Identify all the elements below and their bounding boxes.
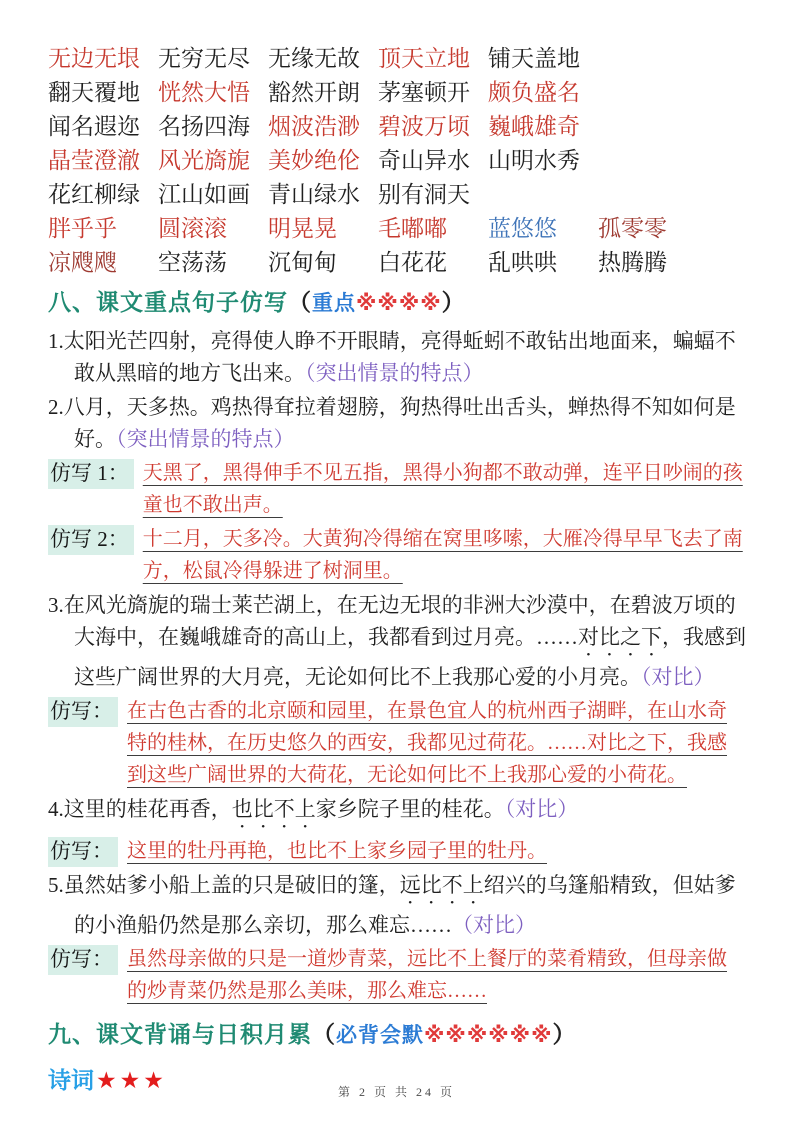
section-9-title: 九、课文背诵与日积月累 (48, 1021, 312, 1047)
tag-important: 重点 (312, 292, 356, 315)
numbered-paragraph: 2.八月，天多热。鸡热得耷拉着翅膀，狗热得吐出舌头，蝉热得不知如何是好。（突出情… (48, 391, 746, 455)
text-segment: 5.虽然姑爹小船上盖的只是破旧的篷， (48, 873, 400, 897)
idiom-row: 闻名遐迩名扬四海烟波浩渺碧波万顷巍峨雄奇 (48, 114, 746, 139)
page-number: 第 2 页 共 24 页 (0, 1083, 793, 1100)
idiom-word: 乱哄哄 (488, 250, 598, 275)
idiom-row: 翻天覆地恍然大悟豁然开朗茅塞顿开颇负盛名 (48, 80, 746, 105)
idiom-word: 顶天立地 (378, 46, 488, 71)
idiom-word: 青山绿水 (268, 182, 378, 207)
text-segment: 对比之下 (578, 625, 662, 649)
text-segment: 4.这里的桂花再香， (48, 797, 232, 821)
paren-close: ） (442, 289, 466, 315)
imitation-row: 仿写 1：天黑了，黑得伸手不见五指，黑得小狗都不敢动弹，连平日吵闹的孩童也不敢出… (48, 457, 746, 521)
imitation-label: 仿写： (48, 697, 118, 727)
idiom-row: 胖乎乎圆滚滚明晃晃毛嘟嘟蓝悠悠孤零零 (48, 216, 746, 241)
idiom-word: 烟波浩渺 (268, 114, 378, 139)
annotation-label: （突出情景的特点） (116, 427, 295, 451)
idiom-word: 无缘无故 (268, 46, 378, 71)
idiom-word: 白花花 (378, 250, 488, 275)
idiom-row: 花红柳绿江山如画青山绿水别有洞天 (48, 182, 746, 207)
idiom-word: 明晃晃 (268, 216, 378, 241)
section-8-title: 八、课文重点句子仿写 (48, 289, 288, 315)
idiom-grid: 无边无垠无穷无尽无缘无故顶天立地铺天盖地翻天覆地恍然大悟豁然开朗茅塞顿开颇负盛名… (48, 46, 746, 275)
idiom-word: 胖乎乎 (48, 216, 158, 241)
imitation-answer: 在古色古香的北京颐和园里，在景色宜人的杭州西子湖畔，在山水奇特的桂林，在历史悠久… (127, 695, 746, 791)
idiom-word: 别有洞天 (378, 182, 488, 207)
idiom-word: 江山如画 (158, 182, 268, 207)
section-9-heading: 九、课文背诵与日积月累（必背会默※※※※※※） (48, 1019, 746, 1051)
idiom-word: 颇负盛名 (488, 80, 598, 105)
idiom-word: 空荡荡 (158, 250, 268, 275)
idiom-row: 无边无垠无穷无尽无缘无故顶天立地铺天盖地 (48, 46, 746, 71)
idiom-word: 闻名遐迩 (48, 114, 158, 139)
tag-stars-icon: ※※※※※※ (424, 1024, 553, 1047)
idiom-word: 凉飕飕 (48, 250, 158, 275)
annotation-label: （对比） (641, 665, 715, 689)
numbered-paragraph: 4.这里的桂花再香，也比不上家乡院子里的桂花。（对比） (48, 793, 746, 833)
idiom-word: 美妙绝伦 (268, 148, 378, 173)
idiom-word: 热腾腾 (598, 250, 708, 275)
idiom-word: 恍然大悟 (158, 80, 268, 105)
idiom-word: 茅塞顿开 (378, 80, 488, 105)
idiom-row: 凉飕飕空荡荡沉甸甸白花花乱哄哄热腾腾 (48, 250, 746, 275)
paren-open: （ (288, 289, 312, 315)
tag-must-memorize: 必背会默 (336, 1024, 424, 1047)
numbered-paragraph: 3.在风光旖旎的瑞士莱芒湖上，在无边无垠的非洲大沙漠中，在碧波万顷的大海中，在巍… (48, 589, 746, 693)
text-segment: 也比不上 (232, 797, 316, 821)
annotation-label: （对比） (505, 797, 579, 821)
imitation-label: 仿写 2： (48, 525, 134, 555)
numbered-paragraph: 1.太阳光芒四射，亮得使人睁不开眼睛，亮得蚯蚓不敢钻出地面来，蝙蝠不敢从黑暗的地… (48, 325, 746, 389)
idiom-row: 晶莹澄澈风光旖旎美妙绝伦奇山异水山明水秀 (48, 148, 746, 173)
idiom-word: 圆滚滚 (158, 216, 268, 241)
idiom-word: 蓝悠悠 (488, 216, 598, 241)
idiom-word: 名扬四海 (158, 114, 268, 139)
imitation-label: 仿写 1： (48, 459, 134, 489)
section-8-heading: 八、课文重点句子仿写（重点※※※※） (48, 287, 746, 319)
imitation-answer: 十二月，天多冷。大黄狗冷得缩在窝里哆嗦，大雁冷得早早飞去了南方，松鼠冷得躲进了树… (143, 523, 746, 587)
idiom-word: 铺天盖地 (488, 46, 598, 71)
document-page: 无边无垠无穷无尽无缘无故顶天立地铺天盖地翻天覆地恍然大悟豁然开朗茅塞顿开颇负盛名… (0, 0, 793, 1095)
imitation-row: 仿写：在古色古香的北京颐和园里，在景色宜人的杭州西子湖畔，在山水奇特的桂林，在历… (48, 695, 746, 791)
imitation-row: 仿写：虽然母亲做的只是一道炒青菜，远比不上餐厅的菜肴精致，但母亲做的炒青菜仍然是… (48, 943, 746, 1007)
idiom-word: 孤零零 (598, 216, 708, 241)
idiom-word: 无穷无尽 (158, 46, 268, 71)
imitation-answer: 天黑了，黑得伸手不见五指，黑得小狗都不敢动弹，连平日吵闹的孩童也不敢出声。 (143, 457, 746, 521)
idiom-word: 巍峨雄奇 (488, 114, 598, 139)
paren-open: （ (312, 1021, 336, 1047)
imitation-answer: 虽然母亲做的只是一道炒青菜，远比不上餐厅的菜肴精致，但母亲做的炒青菜仍然是那么美… (127, 943, 746, 1007)
text-segment: 远比不上 (400, 873, 484, 897)
imitation-label: 仿写： (48, 837, 118, 867)
text-segment: 家乡院子里的桂花。 (316, 797, 505, 821)
annotation-label: （对比） (452, 913, 536, 937)
idiom-word: 毛嘟嘟 (378, 216, 488, 241)
exercise-content: 1.太阳光芒四射，亮得使人睁不开眼睛，亮得蚯蚓不敢钻出地面来，蝙蝠不敢从黑暗的地… (48, 325, 746, 1007)
idiom-word: 花红柳绿 (48, 182, 158, 207)
idiom-word: 晶莹澄澈 (48, 148, 158, 173)
annotation-label: （突出情景的特点） (305, 361, 484, 385)
imitation-row: 仿写：这里的牡丹再艳，也比不上家乡园子里的牡丹。 (48, 835, 746, 867)
idiom-word: 无边无垠 (48, 46, 158, 71)
imitation-answer: 这里的牡丹再艳，也比不上家乡园子里的牡丹。 (127, 835, 746, 867)
imitation-row: 仿写 2：十二月，天多冷。大黄狗冷得缩在窝里哆嗦，大雁冷得早早飞去了南方，松鼠冷… (48, 523, 746, 587)
imitation-label: 仿写： (48, 945, 118, 975)
idiom-word: 沉甸甸 (268, 250, 378, 275)
idiom-word: 翻天覆地 (48, 80, 158, 105)
idiom-word: 风光旖旎 (158, 148, 268, 173)
numbered-paragraph: 5.虽然姑爹小船上盖的只是破旧的篷，远比不上绍兴的乌篷船精致，但姑爹的小渔船仍然… (48, 869, 746, 941)
tag-stars-icon: ※※※※ (356, 292, 442, 315)
idiom-word: 碧波万顷 (378, 114, 488, 139)
idiom-word: 豁然开朗 (268, 80, 378, 105)
idiom-word: 山明水秀 (488, 148, 598, 173)
paren-close: ） (553, 1021, 577, 1047)
idiom-word: 奇山异水 (378, 148, 488, 173)
